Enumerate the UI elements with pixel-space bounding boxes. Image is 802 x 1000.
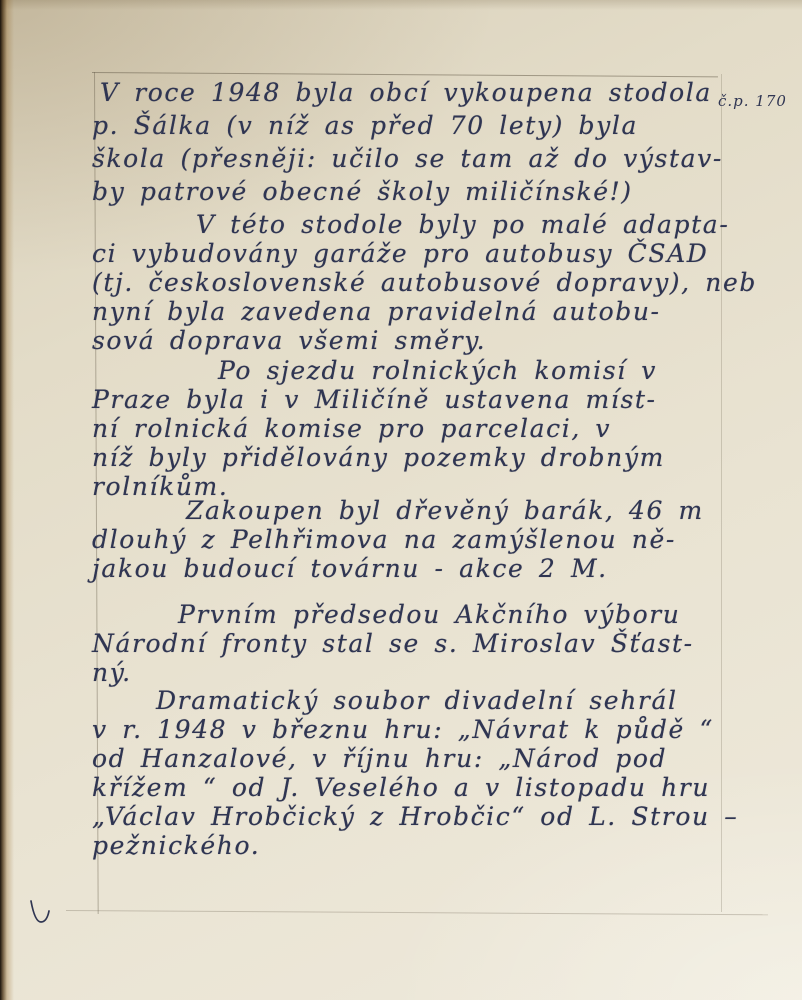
handwritten-line: V této stodole byly po malé adapta- [92, 210, 752, 239]
handwritten-line: sová doprava všemi směry. [92, 326, 752, 355]
handwritten-line: Praze byla i v Miličíně ustavena míst- [92, 385, 752, 414]
paragraph-divadlo: Dramatický soubor divadelní sehrál v r. … [92, 686, 752, 860]
handwritten-line: v r. 1948 v březnu hru: „Návrat k půdě “ [92, 715, 752, 744]
handwritten-line: p. Šálka (v níž as před 70 lety) byla [92, 109, 752, 142]
handwritten-line: od Hanzalové, v říjnu hru: „Národ pod [92, 744, 752, 773]
handwritten-line: Prvním předsedou Akčního výboru [92, 600, 752, 629]
chronicle-page: č.p. 170 V roce 1948 byla obcí vykoupena… [0, 0, 802, 1000]
handwritten-line: (tj. československé autobusové dopravy),… [92, 268, 752, 297]
handwritten-line: Po sjezdu rolnických komisí v [92, 356, 752, 385]
handwritten-line: dlouhý z Pelhřimova na zamýšlenou ně- [92, 525, 752, 554]
handwritten-line: křížem “ od J. Veselého a v listopadu hr… [92, 773, 752, 802]
paragraph-garaze-csad: V této stodole byly po malé adapta- ci v… [92, 210, 752, 355]
handwritten-line: pežnického. [92, 831, 752, 860]
handwritten-line: V roce 1948 byla obcí vykoupena stodola [92, 76, 752, 109]
paragraph-stodola: V roce 1948 byla obcí vykoupena stodola … [92, 76, 752, 208]
page-top-shadow [0, 0, 802, 10]
checkmark-icon [28, 898, 56, 932]
handwritten-line: by patrové obecné školy miličínské!) [92, 175, 752, 208]
handwritten-line: ní rolnická komise pro parcelaci, v [92, 414, 752, 443]
handwritten-line: Národní fronty stal se s. Miroslav Šťast… [92, 629, 752, 658]
handwritten-line: nyní byla zavedena pravidelná autobu- [92, 297, 752, 326]
handwritten-line: níž byly přidělovány pozemky drobným [92, 443, 752, 472]
paragraph-barak: Zakoupen byl dřevěný barák, 46 m dlouhý … [92, 496, 752, 583]
handwritten-line: škola (přesněji: učilo se tam až do výst… [92, 142, 752, 175]
handwritten-line: Zakoupen byl dřevěný barák, 46 m [92, 496, 752, 525]
book-binding-edge [0, 0, 14, 1000]
handwritten-line: Dramatický soubor divadelní sehrál [92, 686, 752, 715]
handwritten-line: ci vybudovány garáže pro autobusy ČSAD [92, 239, 752, 268]
paragraph-akcni-vybor: Prvním předsedou Akčního výboru Národní … [92, 600, 752, 687]
paragraph-rolnicka-komise: Po sjezdu rolnických komisí v Praze byla… [92, 356, 752, 501]
handwritten-line: ný. [92, 658, 752, 687]
handwritten-line: „Václav Hrobčický z Hrobčic“ od L. Strou… [92, 802, 752, 831]
handwritten-line: jakou budoucí továrnu - akce 2 M. [92, 554, 752, 583]
margin-rule-bottom [66, 910, 768, 915]
